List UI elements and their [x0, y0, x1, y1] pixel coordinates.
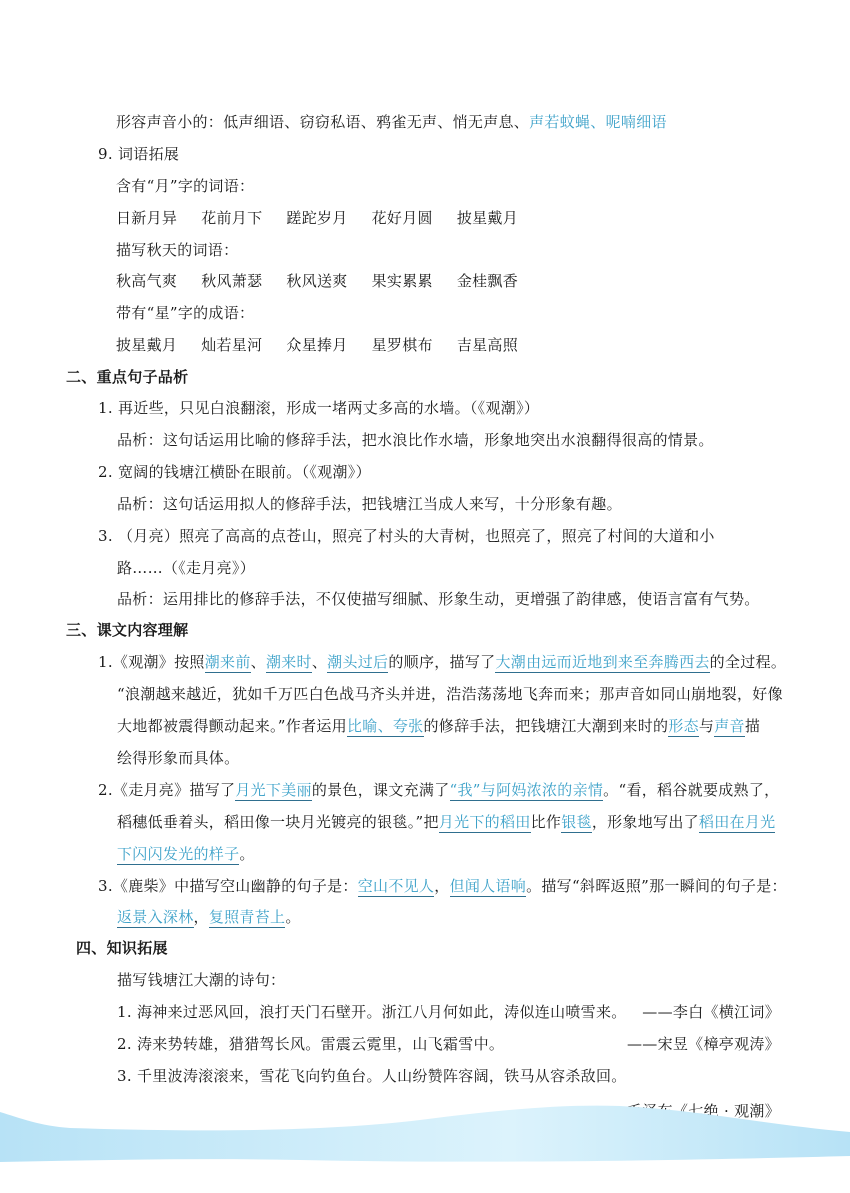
- text: 稻穗低垂着头，稻田像一块月光镀亮的银毯。”把: [117, 813, 439, 831]
- content-item: 1.《观潮》按照潮来前、潮来时、潮头过后的顺序，描写了大潮由远而近地到来至奔腾西…: [98, 651, 786, 673]
- text: 。描写“斜晖返照”那一瞬间的句子是：: [526, 877, 787, 895]
- sentence: 3. （月亮）照亮了高高的点苍山，照亮了村头的大青树，也照亮了，照亮了村间的大道…: [98, 525, 715, 547]
- word: 花前月下: [201, 207, 262, 229]
- sentence: 1. 再近些，只见白浪翻滚，形成一堵两丈多高的水墙。（《观潮》）: [98, 397, 539, 419]
- content-line: 下闪闪发光的样子。: [117, 843, 255, 865]
- poem-line: 3. 千里波涛滚滚来，雪花飞向钓鱼台。人山纷赞阵容阔，铁马从容杀敌回。: [117, 1065, 627, 1087]
- text: 的修辞手法，把钱塘江大潮到来时的: [424, 717, 669, 735]
- word: 秋风送爽: [286, 270, 347, 292]
- section-heading: 三、课文内容理解: [66, 619, 188, 641]
- content-item: 2.《走月亮》描写了月光下美丽的景色，课文充满了“我”与阿妈浓浓的亲情。“看，稻…: [98, 779, 779, 801]
- content-item: 3.《鹿柴》中描写空山幽静的句子是：空山不见人，但闻人语响。描写“斜晖返照”那一…: [98, 875, 787, 897]
- sentence: 2. 宽阔的钱塘江横卧在眼前。（《观潮》）: [98, 461, 371, 483]
- word-list: 日新月异花前月下蹉跎岁月花好月圆披星戴月: [116, 207, 542, 229]
- word: 披星戴月: [116, 334, 177, 356]
- text: 1.《观潮》按照: [98, 653, 205, 671]
- answer-blank: 月光下的稻田: [439, 813, 531, 833]
- text: 大地都被震得颤动起来。”作者运用: [117, 717, 347, 735]
- content-line: 稻穗低垂着头，稻田像一块月光镀亮的银毯。”把月光下的稻田比作银毯，形象地写出了稻…: [117, 811, 775, 833]
- answer-blank: 形态: [668, 717, 699, 737]
- answer-blank: 潮头过后: [327, 653, 388, 673]
- text: 3.《鹿柴》中描写空山幽静的句子是：: [98, 877, 358, 895]
- section-heading: 二、重点句子品析: [66, 366, 188, 388]
- answer-blank: 复照青苔上: [209, 908, 286, 928]
- answer-blank: 声音: [714, 717, 745, 737]
- word: 秋高气爽: [116, 270, 177, 292]
- intro: 描写钱塘江大潮的诗句：: [117, 969, 285, 991]
- answer-blank: 稻田在月光: [699, 813, 776, 833]
- poem-line: 2. 涛来势转雄，猎猎驾长风。雷震云霓里，山飞霜雪中。: [117, 1033, 504, 1055]
- content-line: 返景入深林，复照青苔上。: [117, 906, 301, 928]
- word: 众星捧月: [286, 334, 347, 356]
- answer-blank: 返景入深林: [117, 908, 194, 928]
- text: 、: [312, 653, 327, 671]
- word-list: 披星戴月灿若星河众星捧月星罗棋布吉星高照: [116, 334, 542, 356]
- word: 披星戴月: [457, 207, 518, 229]
- poem-line: 1. 海神来过恶风回，浪打天门石壁开。浙江八月何如此，涛似连山喷雪来。: [117, 1001, 627, 1023]
- text: 、: [251, 653, 266, 671]
- text: 的顺序，描写了: [388, 653, 495, 671]
- word: 吉星高照: [457, 334, 518, 356]
- text: 与: [699, 717, 714, 735]
- content-line: 大地都被震得颤动起来。”作者运用比喻、夸张的修辞手法，把钱塘江大潮到来时的形态与…: [117, 715, 760, 737]
- poem-author: ——李白《横江词》: [560, 1001, 780, 1023]
- analysis: 品析：这句话运用比喻的修辞手法，把水浪比作水墙，形象地突出水浪翻得很高的情景。: [117, 429, 714, 451]
- answer-blank: 潮来前: [205, 653, 251, 673]
- text: ，: [434, 877, 449, 895]
- poem-author: ——宋昱《樟亭观涛》: [560, 1033, 780, 1055]
- word: 星罗棋布: [372, 334, 433, 356]
- analysis: 品析：这句话运用拟人的修辞手法，把钱塘江当成人来写，十分形象有趣。: [117, 493, 622, 515]
- wave-decoration: [0, 1100, 850, 1170]
- answer-blank: 但闻人语响: [450, 877, 527, 897]
- answer-text: 声若蚊蝇、呢喃细语: [529, 113, 667, 131]
- answer-blank: 潮来时: [266, 653, 312, 673]
- answer-blank: 银毯: [561, 813, 592, 833]
- section-heading: 四、知识拓展: [76, 937, 168, 959]
- word: 花好月圆: [372, 207, 433, 229]
- text: 比作: [531, 813, 562, 831]
- word: 灿若星河: [201, 334, 262, 356]
- line-text: 形容声音小的：低声细语、窃窃私语、鸦雀无声、悄无声息、: [116, 113, 529, 131]
- group-label: 带有“星”字的成语：: [116, 302, 254, 324]
- sentence-cont: 路……（《走月亮》）: [117, 557, 255, 579]
- text: 的景色，课文充满了: [312, 781, 450, 799]
- word: 日新月异: [116, 207, 177, 229]
- word: 秋风萧瑟: [201, 270, 262, 292]
- text: 2.《走月亮》描写了: [98, 781, 235, 799]
- sound-small-line: 形容声音小的：低声细语、窃窃私语、鸦雀无声、悄无声息、声若蚊蝇、呢喃细语: [116, 111, 667, 133]
- group-label: 含有“月”字的词语：: [116, 175, 254, 197]
- word: 蹉跎岁月: [286, 207, 347, 229]
- text: ，形象地写出了: [592, 813, 699, 831]
- text: ，: [194, 908, 209, 926]
- analysis: 品析：运用排比的修辞手法，不仅使描写细腻、形象生动，更增强了韵律感，使语言富有气…: [117, 588, 760, 610]
- text: 。: [239, 845, 254, 863]
- answer-blank: 空山不见人: [358, 877, 435, 897]
- word: 果实累累: [372, 270, 433, 292]
- content-line: “浪潮越来越近，犹如千万匹白色战马齐头并进，浩浩荡荡地飞奔而来；那声音如同山崩地…: [117, 683, 783, 705]
- answer-blank: 月光下美丽: [235, 781, 312, 801]
- answer-blank: 下闪闪发光的样子: [117, 845, 239, 865]
- answer-blank: “我”与阿妈浓浓的亲情: [450, 781, 604, 801]
- word: 金桂飘香: [457, 270, 518, 292]
- text: 。“看，稻谷就要成熟了，: [603, 781, 779, 799]
- word-list: 秋高气爽秋风萧瑟秋风送爽果实累累金桂飘香: [116, 270, 542, 292]
- group-label: 描写秋天的词语：: [116, 239, 238, 261]
- text: 。: [285, 908, 300, 926]
- document-page: 形容声音小的：低声细语、窃窃私语、鸦雀无声、悄无声息、声若蚊蝇、呢喃细语 9. …: [0, 0, 850, 1193]
- item9-title: 9. 词语拓展: [98, 143, 179, 165]
- text: 描: [745, 717, 760, 735]
- text: 的全过程。: [710, 653, 787, 671]
- answer-blank: 大潮由远而近地到来至奔腾西去: [495, 653, 709, 673]
- content-line: 绘得形象而具体。: [117, 747, 239, 769]
- answer-blank: 比喻、夸张: [347, 717, 424, 737]
